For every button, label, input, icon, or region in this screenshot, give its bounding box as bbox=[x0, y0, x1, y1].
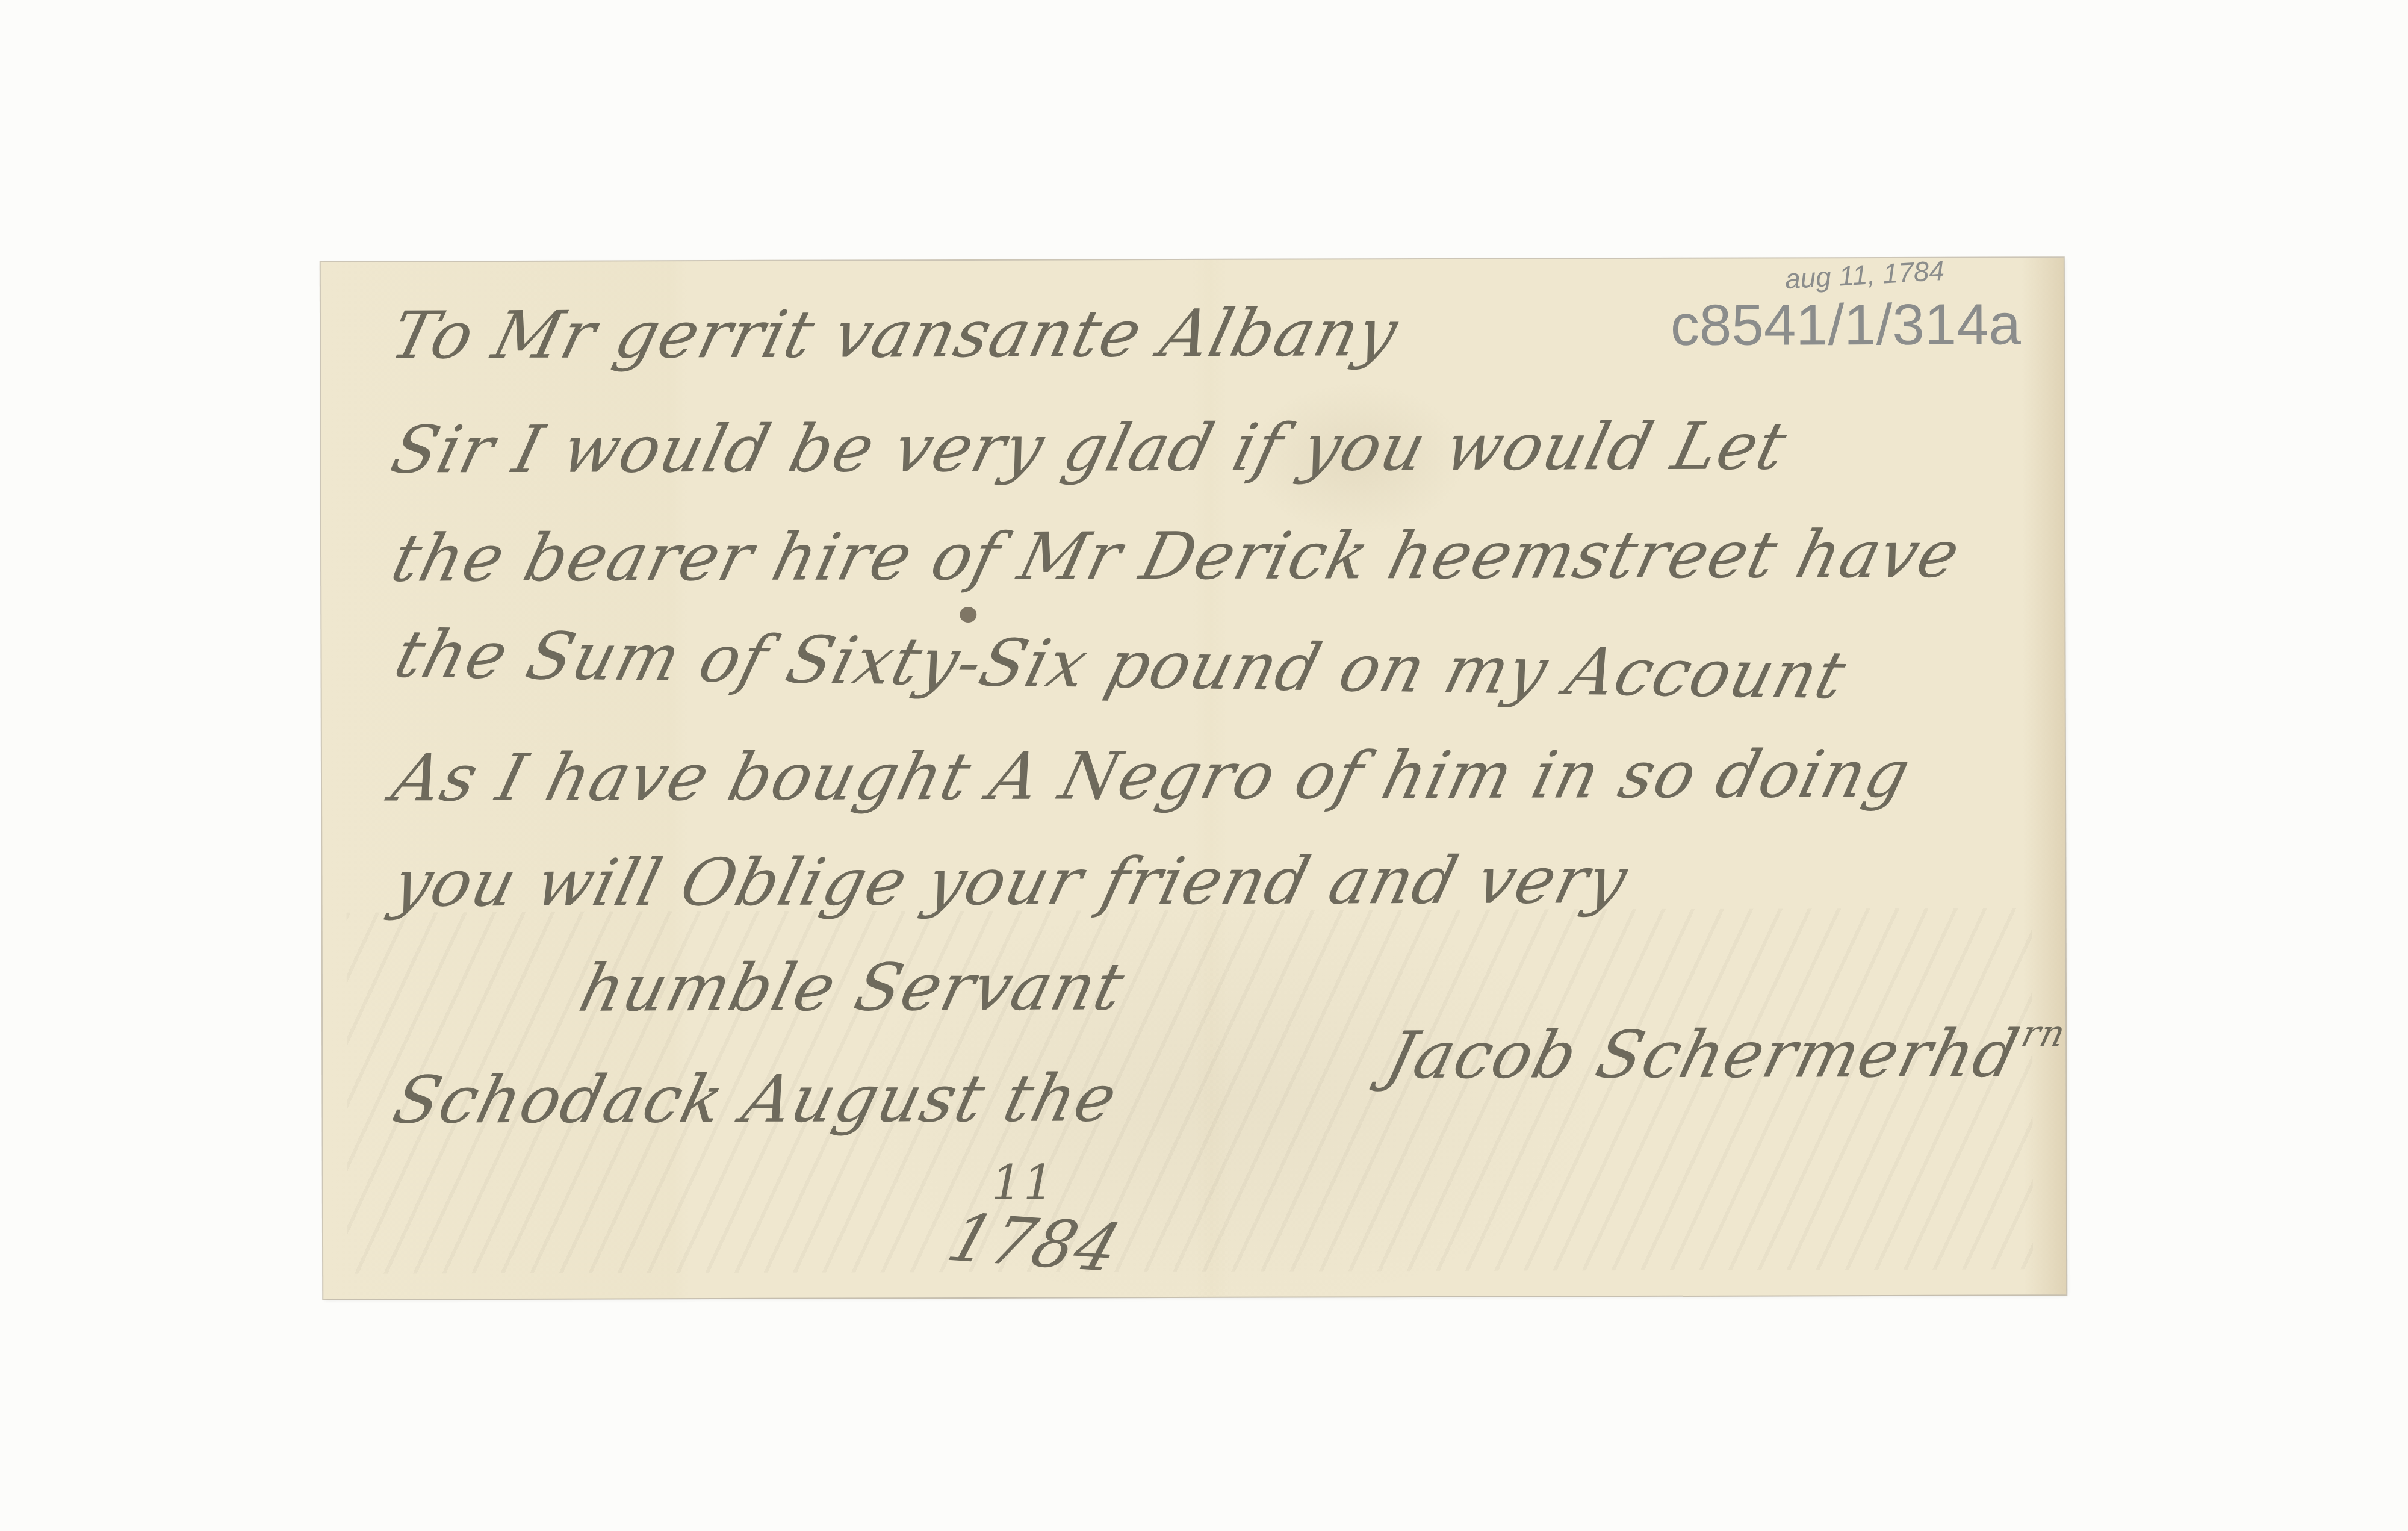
signature: Jacob Schermerhdrn bbox=[1379, 1016, 2070, 1093]
closing-line: humble Servant bbox=[572, 949, 1132, 1026]
manuscript-page: ﾠ aug 11, 1784 c8541/1/314a To Mr gerrit… bbox=[321, 258, 2066, 1299]
body-line-4: As I have bought A Negro of him in so do… bbox=[385, 737, 1919, 816]
ink-blot bbox=[960, 607, 976, 623]
signature-name: Jacob Schermerhd bbox=[1379, 1016, 2027, 1093]
archival-reference-number: c8541/1/314a bbox=[1671, 291, 2021, 359]
body-line-1: Sir I would be very glad if you would Le… bbox=[384, 409, 1795, 488]
address-line: To Mr gerrit vansante Albany bbox=[384, 296, 1406, 373]
date-year: 1784 bbox=[939, 1200, 1130, 1287]
body-line-5: you will Oblige your friend and very bbox=[385, 843, 1636, 921]
body-line-3: the Sum of Sixty-Six pound on my Account bbox=[387, 616, 1854, 713]
place-date-line: Schodack August the bbox=[386, 1061, 1125, 1138]
body-line-2: the bearer hire of Mr Derick heemstreet … bbox=[385, 517, 1968, 597]
archival-date-notation: aug 11, 1784 bbox=[1784, 254, 1946, 295]
